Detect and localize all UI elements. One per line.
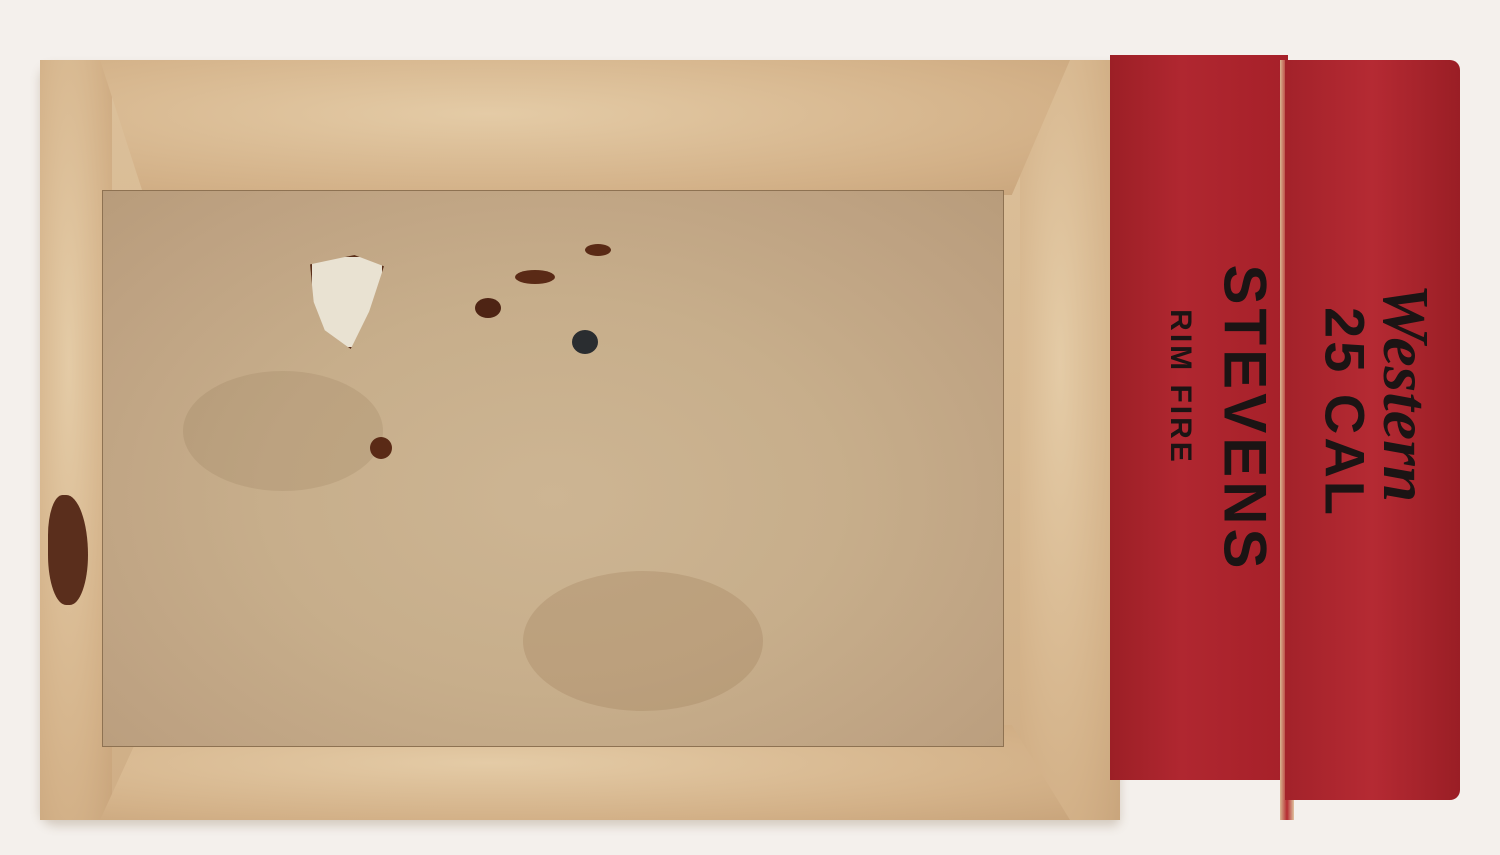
stain: [523, 571, 763, 711]
cardboard-box: [40, 60, 1120, 820]
label-stevens-text: STEVENS: [1211, 265, 1280, 515]
box-flap-top: [100, 60, 1070, 195]
box-flap-right: [1020, 60, 1120, 820]
rust-spot: [370, 437, 392, 459]
label-rimfire-text: RIM FIRE: [1163, 297, 1197, 477]
rust-spot: [515, 270, 555, 284]
photo-scene: RIM FIRE STEVENS 25 CAL Western: [0, 0, 1500, 855]
ink-spot: [572, 330, 598, 354]
label-brand-text: Western: [1367, 223, 1443, 563]
rust-spot: [475, 298, 501, 318]
rust-spot: [585, 244, 611, 256]
stain: [183, 371, 383, 491]
